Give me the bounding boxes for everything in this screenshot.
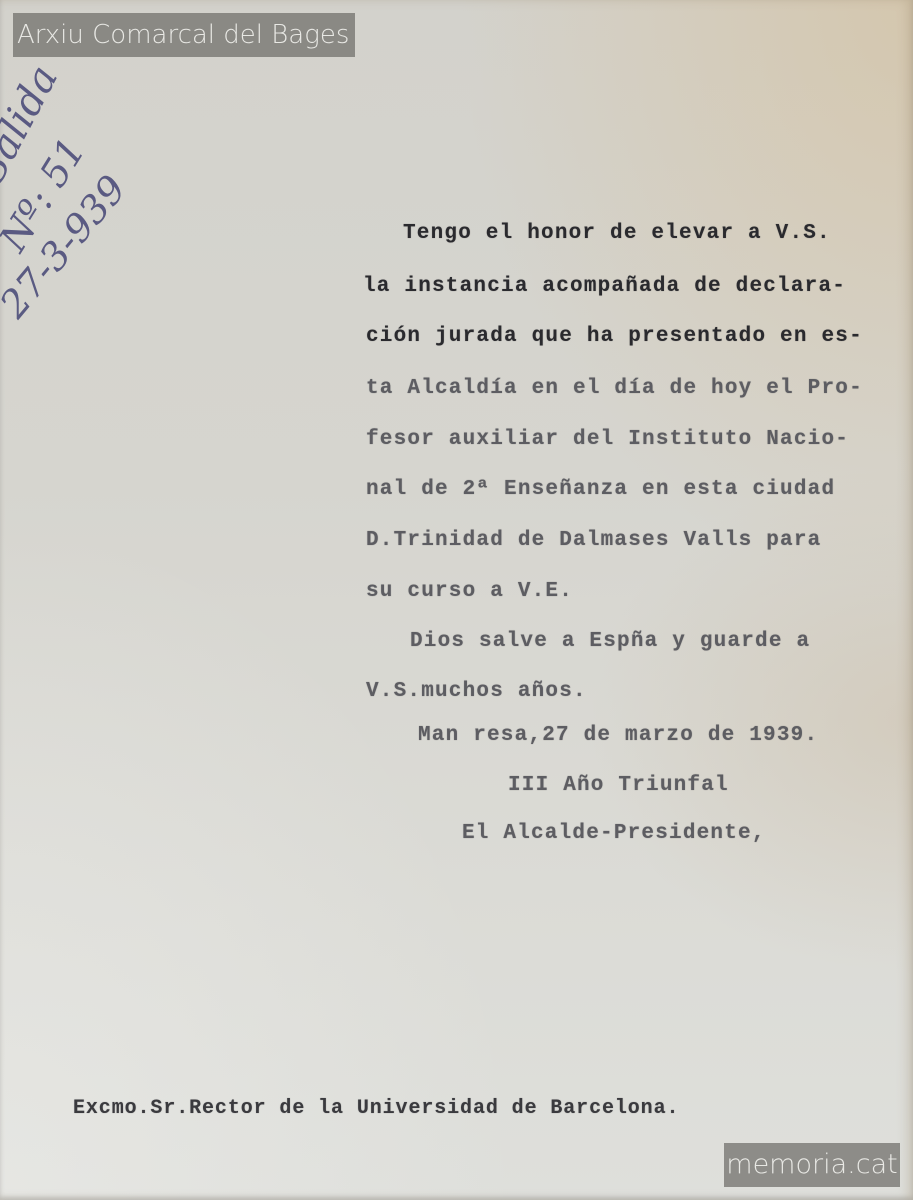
letter-body-line: la instancia acompañada de declara- [363,275,846,298]
letter-body-line: su curso a V.E. [366,580,573,603]
letter-body-line: nal de 2ª Enseñanza en esta ciudad [366,478,835,501]
signatory: El Alcalde-Presidente, [462,822,766,845]
letter-body-line: D.Trinidad de Dalmases Valls para [366,529,821,552]
place-date: Man resa,27 de marzo de 1939. [418,724,818,747]
letter-closing-line: Dios salve a Espña y guarde a [410,630,810,653]
site-watermark: memoria.cat [724,1143,900,1187]
era-line: III Año Triunfal [508,774,729,797]
letter-closing-line: V.S.muchos años. [366,680,587,703]
addressee: Excmo.Sr.Rector de la Universidad de Bar… [73,1097,679,1120]
archive-watermark: Arxiu Comarcal del Bages [13,13,355,57]
letter-body-line: ta Alcaldía en el día de hoy el Pro- [366,377,863,400]
letter-body-line: ción jurada que ha presentado en es- [366,325,863,348]
letter-body-line: Tengo el honor de elevar a V.S. [403,222,831,245]
letter-body-line: fesor auxiliar del Instituto Nacio- [366,428,849,451]
